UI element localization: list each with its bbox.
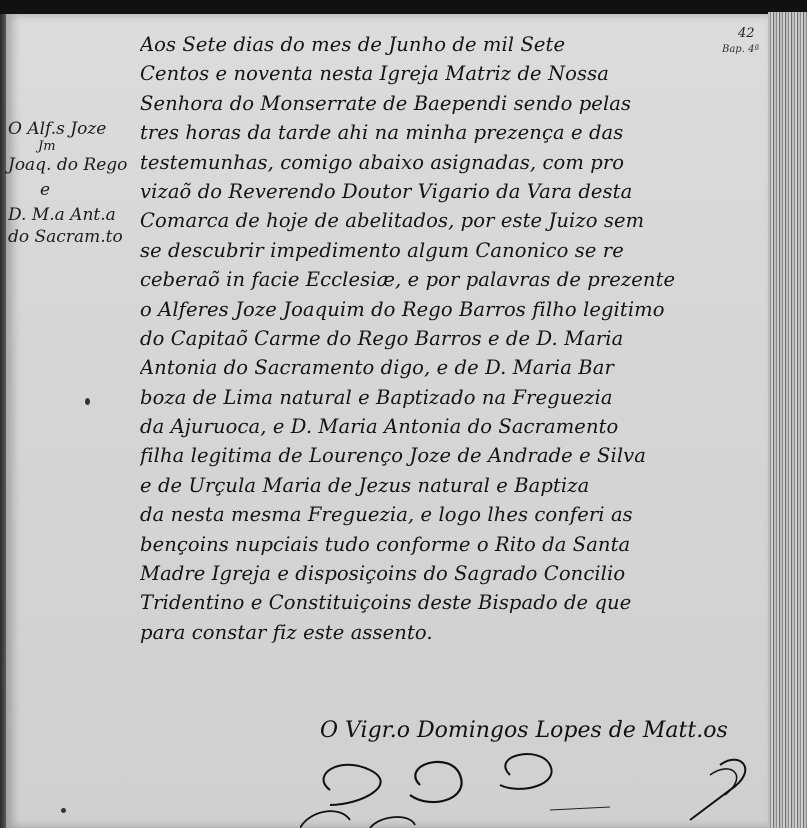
text-line: se descubrir impedimento algum Canonico … bbox=[140, 236, 765, 265]
text-line: Senhora do Monserrate de Baependi sendo … bbox=[140, 89, 765, 118]
record-body: Aos Sete dias do mes de Junho de mil Set… bbox=[140, 30, 765, 647]
margin-note: O Alf.s Joze Jm Joaq. do Rego e D. M.a A… bbox=[8, 118, 138, 248]
manuscript-scan: 42 Bap. 4ª O Alf.s Joze Jm Joaq. do Rego… bbox=[0, 0, 807, 828]
ink-spot bbox=[85, 398, 90, 405]
margin-line: D. M.a Ant.a bbox=[8, 204, 138, 226]
margin-line: Jm bbox=[8, 140, 138, 154]
text-line: e de Urçula Maria de Jezus natural e Bap… bbox=[140, 471, 765, 500]
ink-spot bbox=[61, 808, 66, 813]
text-line: Tridentino e Constituiçoins deste Bispad… bbox=[140, 588, 765, 617]
text-line: ceberaõ in facie Ecclesiæ, e por palavra… bbox=[140, 265, 765, 294]
text-line: o Alferes Joze Joaquim do Rego Barros fi… bbox=[140, 295, 765, 324]
text-line: Comarca de hoje de abelitados, por este … bbox=[140, 206, 765, 235]
text-line: boza de Lima natural e Baptizado na Freg… bbox=[140, 383, 765, 412]
margin-line: e bbox=[8, 176, 138, 204]
priest-signature: O Vigr.o Domingos Lopes de Matt.os bbox=[320, 718, 728, 743]
text-line: Madre Igreja e disposiçoins do Sagrado C… bbox=[140, 559, 765, 588]
text-line: da Ajuruoca, e D. Maria Antonia do Sacra… bbox=[140, 412, 765, 441]
text-line: tres horas da tarde ahi na minha prezenç… bbox=[140, 118, 765, 147]
text-line: da nesta mesma Freguezia, e logo lhes co… bbox=[140, 500, 765, 529]
text-line: vizaõ do Reverendo Doutor Vigario da Var… bbox=[140, 177, 765, 206]
text-line: Aos Sete dias do mes de Junho de mil Set… bbox=[140, 30, 765, 59]
text-line: testemunhas, comigo abaixo asignadas, co… bbox=[140, 148, 765, 177]
page-edges bbox=[768, 12, 807, 828]
signature-flourish-icon bbox=[300, 745, 760, 828]
text-line: do Capitaõ Carme do Rego Barros e de D. … bbox=[140, 324, 765, 353]
margin-line: Joaq. do Rego bbox=[8, 154, 138, 176]
text-line: bençoins nupciais tudo conforme o Rito d… bbox=[140, 530, 765, 559]
text-line: para constar fiz este assento. bbox=[140, 618, 765, 647]
text-line: Centos e noventa nesta Igreja Matriz de … bbox=[140, 59, 765, 88]
text-line: filha legitima de Lourenço Joze de Andra… bbox=[140, 441, 765, 470]
margin-line: do Sacram.to bbox=[8, 226, 138, 248]
margin-line: O Alf.s Joze bbox=[8, 118, 138, 140]
text-line: Antonia do Sacramento digo, e de D. Mari… bbox=[140, 353, 765, 382]
